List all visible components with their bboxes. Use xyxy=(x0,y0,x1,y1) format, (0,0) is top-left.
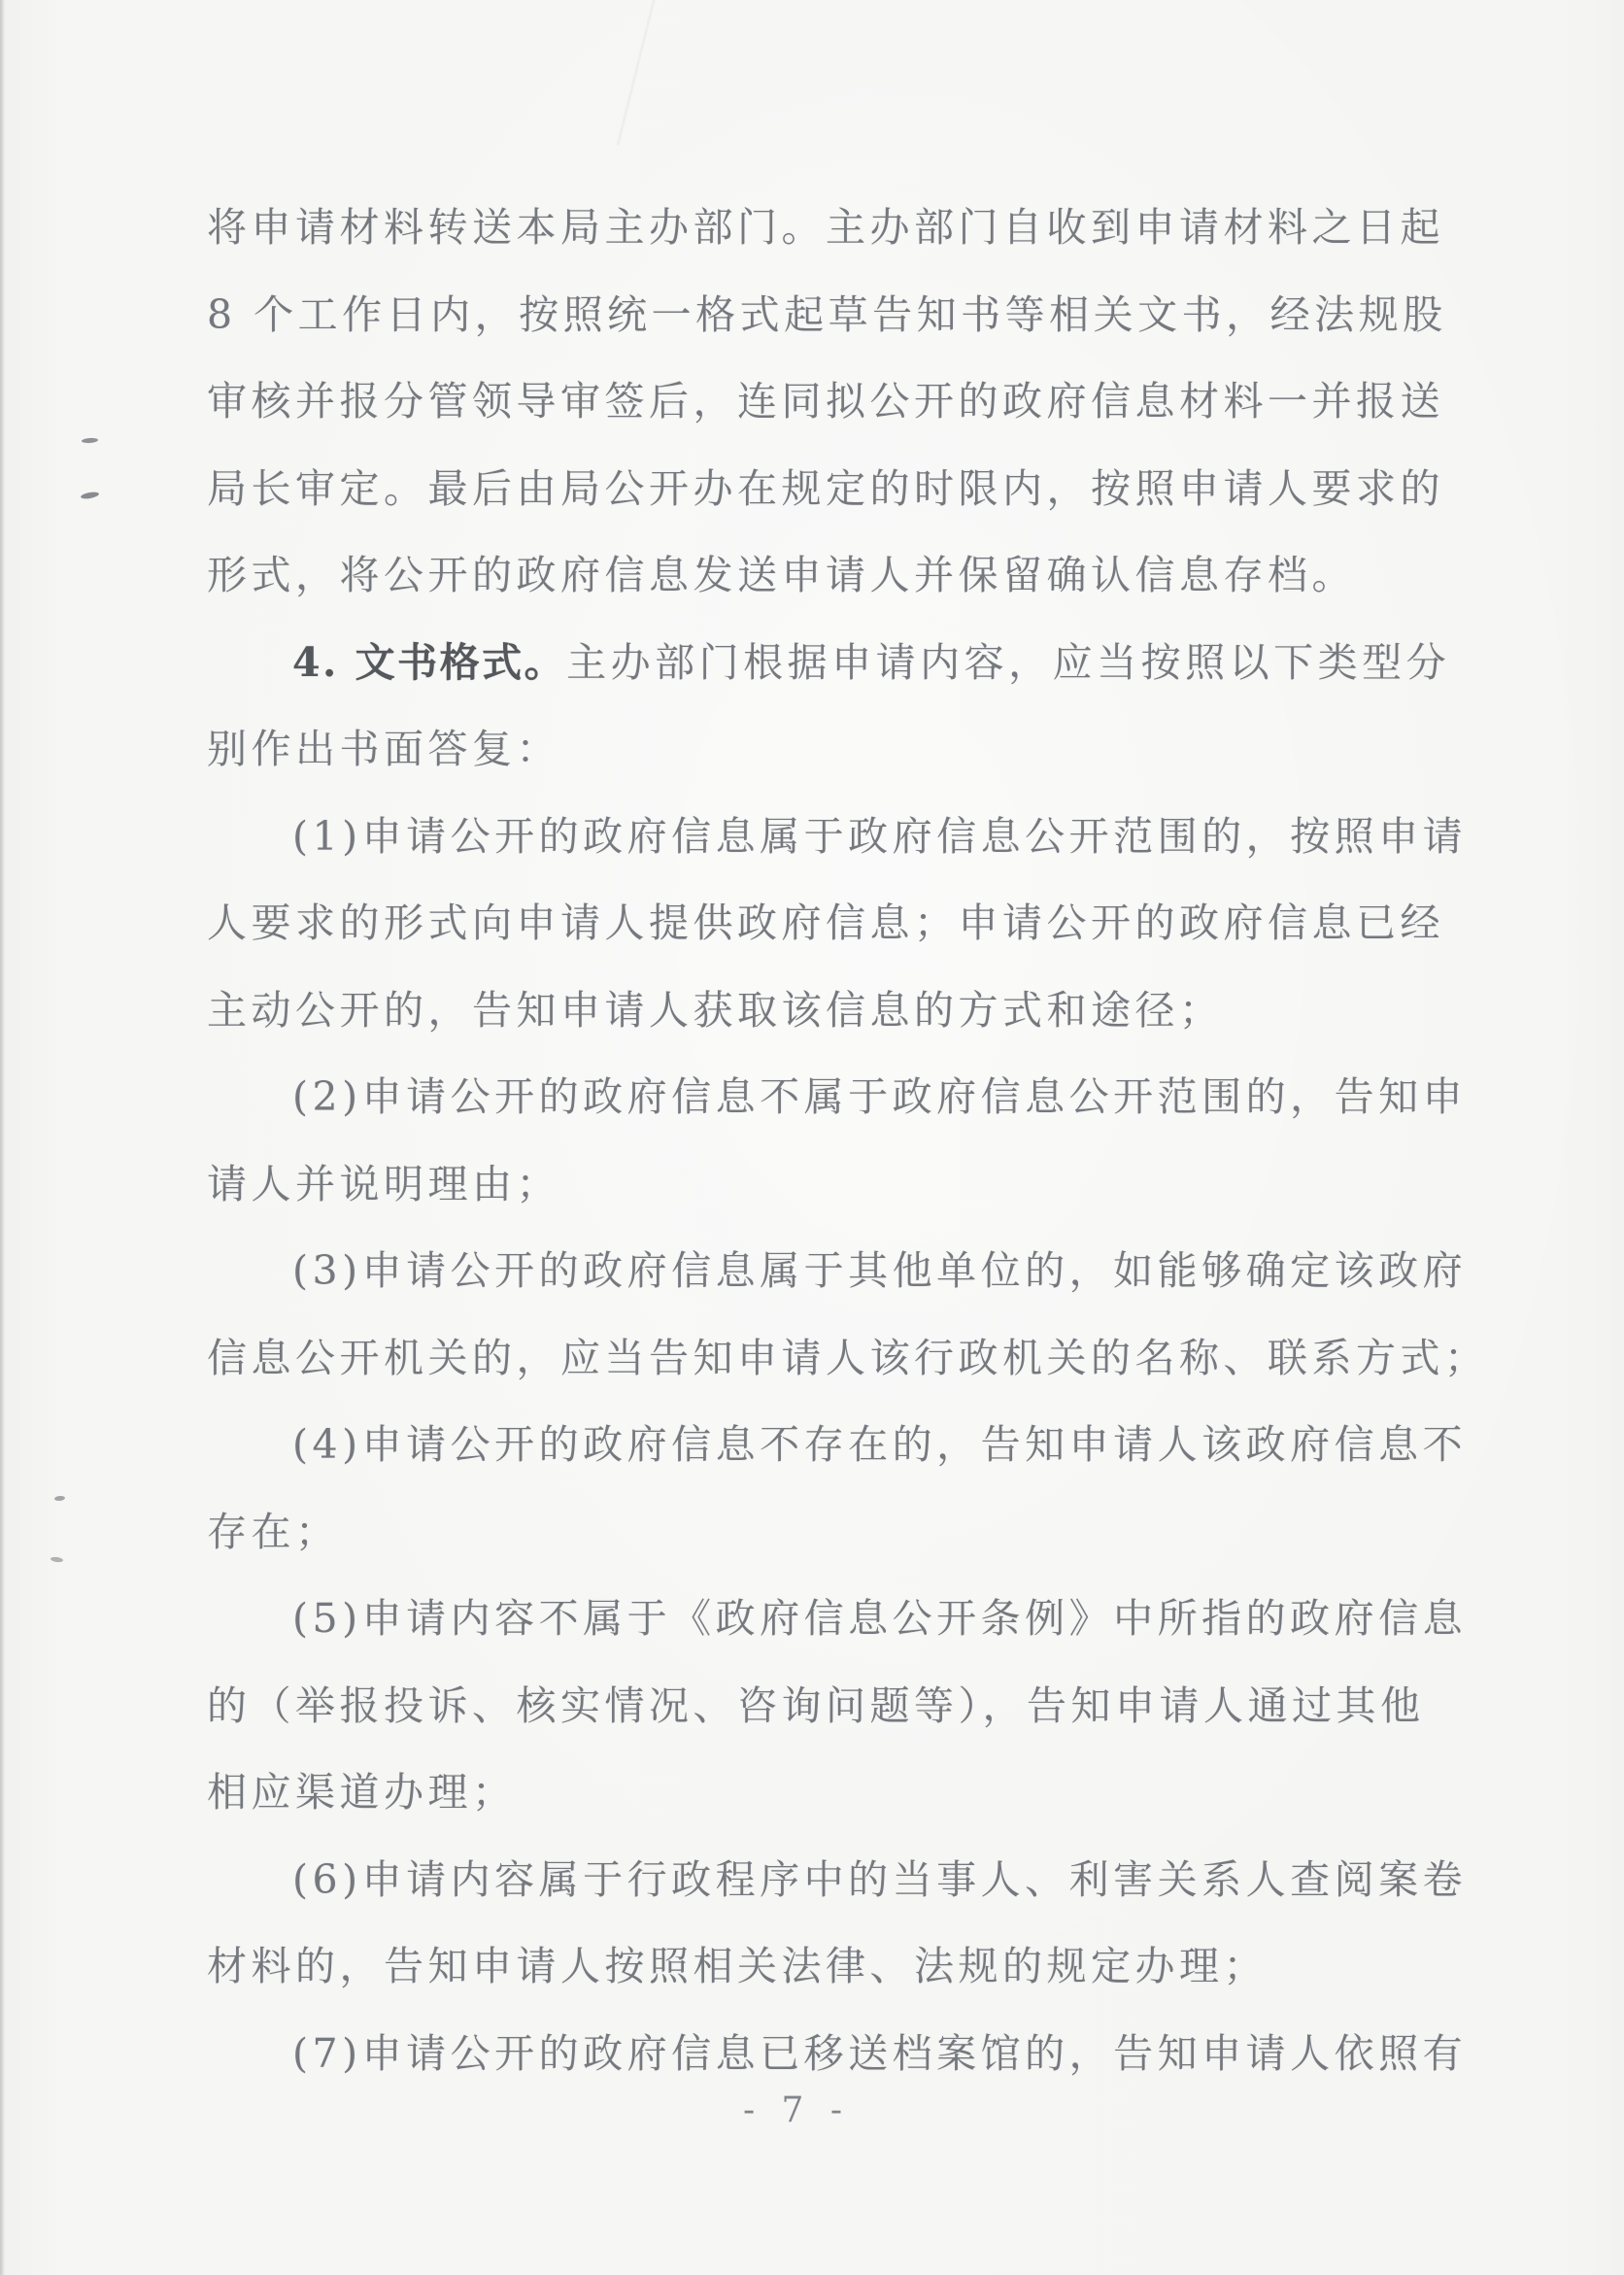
text-run: 相应渠道办理； xyxy=(207,1769,517,1816)
text-line: 存在； xyxy=(207,1489,1508,1577)
text-run: (1)申请公开的政府信息属于政府信息公开范围的，按照申请 xyxy=(292,813,1467,860)
text-run: 材料的，告知申请人按照相关法律、法规的规定办理； xyxy=(207,1943,1268,1989)
text-line: 审核并报分管领导审签后，连同拟公开的政府信息材料一并报送 xyxy=(207,358,1508,446)
scan-speck xyxy=(54,1495,65,1501)
text-line: (2)申请公开的政府信息不属于政府信息公开范围的，告知申 xyxy=(207,1054,1508,1141)
text-line: 材料的，告知申请人按照相关法律、法规的规定办理； xyxy=(207,1923,1508,2011)
scanned-document-page: 将申请材料转送本局主办部门。主办部门自收到申请材料之日起8 个工作日内，按照统一… xyxy=(0,0,1624,2275)
text-run: 别作出书面答复： xyxy=(207,726,560,772)
scan-speck xyxy=(51,1556,64,1563)
text-line: 主动公开的，告知申请人获取该信息的方式和途径； xyxy=(207,968,1508,1055)
text-line: 将申请材料转送本局主办部门。主办部门自收到申请材料之日起 xyxy=(207,185,1508,272)
text-line: 相应渠道办理； xyxy=(207,1749,1508,1837)
text-run: 存在； xyxy=(207,1509,340,1555)
text-line: 信息公开机关的，应当告知申请人该行政机关的名称、联系方式； xyxy=(207,1315,1508,1403)
text-run: 形式，将公开的政府信息发送申请人并保留确认信息存档。 xyxy=(207,552,1356,598)
text-run: 局长审定。最后由局公开办在规定的时限内，按照申请人要求的 xyxy=(207,465,1444,512)
text-line: (5)申请内容不属于《政府信息公开条例》中所指的政府信息 xyxy=(207,1576,1508,1663)
text-run: (6)申请内容属于行政程序中的当事人、利害关系人查阅案卷 xyxy=(292,1856,1467,1903)
text-run: 将申请材料转送本局主办部门。主办部门自收到申请材料之日起 xyxy=(207,204,1444,251)
text-run: 8 个工作日内，按照统一格式起草告知书等相关文书，经法规股 xyxy=(207,291,1447,338)
text-line: (6)申请内容属于行政程序中的当事人、利害关系人查阅案卷 xyxy=(207,1837,1508,1924)
text-line: (4)申请公开的政府信息不存在的，告知申请人该政府信息不 xyxy=(207,1402,1508,1489)
text-run: 人要求的形式向申请人提供政府信息；申请公开的政府信息已经 xyxy=(207,900,1444,946)
text-run: 信息公开机关的，应当告知申请人该行政机关的名称、联系方式； xyxy=(207,1335,1489,1381)
text-line: 人要求的形式向申请人提供政府信息；申请公开的政府信息已经 xyxy=(207,880,1508,968)
text-run: (5)申请内容不属于《政府信息公开条例》中所指的政府信息 xyxy=(292,1595,1467,1642)
text-line: 形式，将公开的政府信息发送申请人并保留确认信息存档。 xyxy=(207,532,1508,620)
text-line: 别作出书面答复： xyxy=(207,706,1508,794)
text-run: (3)申请公开的政府信息属于其他单位的，如能够确定该政府 xyxy=(292,1247,1467,1294)
text-line: 4. 文书格式。主办部门根据申请内容，应当按照以下类型分 xyxy=(207,620,1508,707)
text-run: (2)申请公开的政府信息不属于政府信息公开范围的，告知申 xyxy=(292,1073,1467,1120)
text-line: (7)申请公开的政府信息已移送档案馆的，告知申请人依照有 xyxy=(207,2011,1508,2098)
scan-speck xyxy=(82,437,98,443)
text-run: (4)申请公开的政府信息不存在的，告知申请人该政府信息不 xyxy=(292,1421,1467,1468)
text-line: 局长审定。最后由局公开办在规定的时限内，按照申请人要求的 xyxy=(207,446,1508,533)
text-run: 主办部门根据申请内容，应当按照以下类型分 xyxy=(566,639,1450,686)
text-line: 请人并说明理由； xyxy=(207,1141,1508,1229)
heading-run: 4. 文书格式。 xyxy=(292,639,566,686)
text-line: 8 个工作日内，按照统一格式起草告知书等相关文书，经法规股 xyxy=(207,272,1508,359)
text-line: (3)申请公开的政府信息属于其他单位的，如能够确定该政府 xyxy=(207,1228,1508,1315)
text-line: (1)申请公开的政府信息属于政府信息公开范围的，按照申请 xyxy=(207,794,1508,881)
scan-speck xyxy=(81,491,100,499)
page-number: - 7 - xyxy=(738,2090,855,2130)
text-line: 的（举报投诉、核实情况、咨询问题等），告知申请人通过其他 xyxy=(207,1663,1508,1750)
document-text-block: 将申请材料转送本局主办部门。主办部门自收到申请材料之日起8 个工作日内，按照统一… xyxy=(207,185,1508,2097)
page-edge-shadow xyxy=(0,0,5,2275)
text-run: (7)申请公开的政府信息已移送档案馆的，告知申请人依照有 xyxy=(292,2030,1467,2077)
text-run: 主动公开的，告知申请人获取该信息的方式和途径； xyxy=(207,987,1224,1034)
fold-crease-mark xyxy=(616,0,659,146)
text-run: 请人并说明理由； xyxy=(207,1161,560,1207)
text-run: 审核并报分管领导审签后，连同拟公开的政府信息材料一并报送 xyxy=(207,378,1444,424)
text-run: 的（举报投诉、核实情况、咨询问题等），告知申请人通过其他 xyxy=(207,1682,1425,1729)
